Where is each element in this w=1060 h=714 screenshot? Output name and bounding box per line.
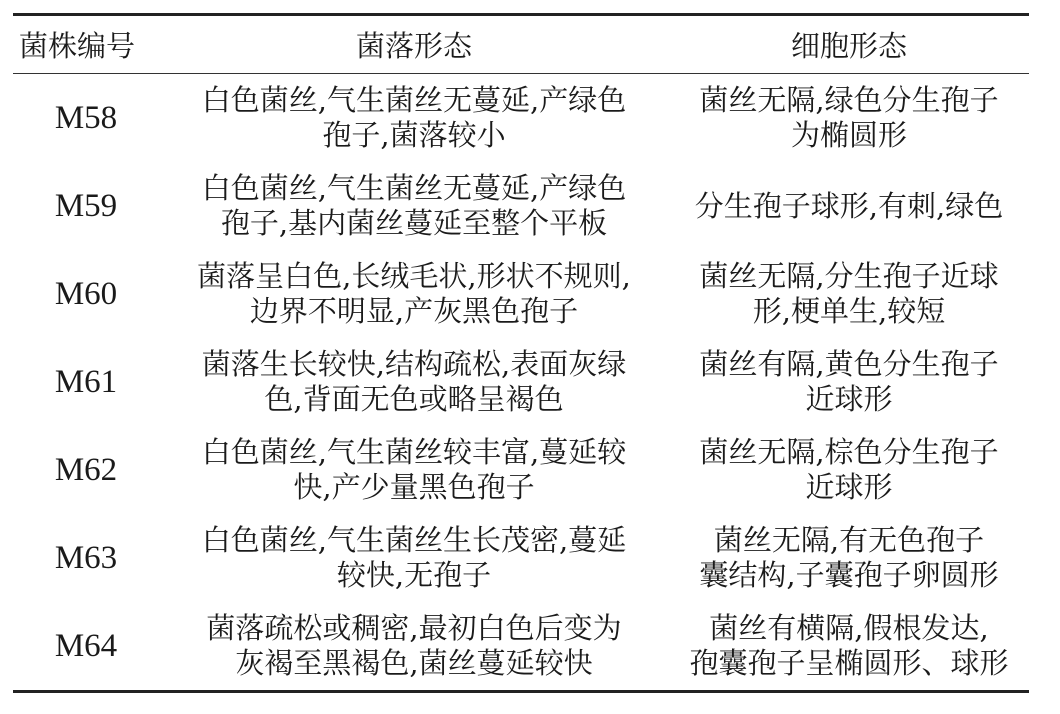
colony-morphology-cell: 菌落呈白色,长绒毛状,形状不规则, 边界不明显,产灰黑色孢子 — [159, 250, 669, 338]
table-row: M62 白色菌丝,气生菌丝较丰富,蔓延较 快,产少量黑色孢子 菌丝无隔,棕色分生… — [13, 426, 1029, 514]
text-line: 孢囊孢子呈椭圆形、球形 — [669, 646, 1029, 681]
text-line: 近球形 — [669, 382, 1029, 417]
cell-morphology-cell: 菌丝无隔,分生孢子近球 形,梗单生,较短 — [669, 250, 1029, 338]
colony-morphology-cell: 菌落生长较快,结构疏松,表面灰绿 色,背面无色或略呈褐色 — [159, 338, 669, 426]
table-row: M61 菌落生长较快,结构疏松,表面灰绿 色,背面无色或略呈褐色 菌丝有隔,黄色… — [13, 338, 1029, 426]
text-line: 孢子,基内菌丝蔓延至整个平板 — [159, 206, 669, 241]
table-row: M60 菌落呈白色,长绒毛状,形状不规则, 边界不明显,产灰黑色孢子 菌丝无隔,… — [13, 250, 1029, 338]
colony-morphology-cell: 白色菌丝,气生菌丝无蔓延,产绿色 孢子,菌落较小 — [159, 74, 669, 163]
cell-morphology-cell: 菌丝无隔,棕色分生孢子 近球形 — [669, 426, 1029, 514]
strain-id-cell: M58 — [13, 74, 159, 163]
text-line: 分生孢子球形,有刺,绿色 — [669, 189, 1029, 224]
table-header: 菌株编号 菌落形态 细胞形态 — [13, 15, 1029, 74]
text-line: 菌丝有横隔,假根发达, — [669, 611, 1029, 646]
strain-id-cell: M59 — [13, 162, 159, 250]
table-row: M64 菌落疏松或稠密,最初白色后变为 灰褐至黑褐色,菌丝蔓延较快 菌丝有横隔,… — [13, 602, 1029, 692]
table-body: M58 白色菌丝,气生菌丝无蔓延,产绿色 孢子,菌落较小 菌丝无隔,绿色分生孢子… — [13, 74, 1029, 692]
text-line: 白色菌丝,气生菌丝无蔓延,产绿色 — [159, 83, 669, 118]
text-line: 菌丝无隔,分生孢子近球 — [669, 259, 1029, 294]
text-line: 囊结构,子囊孢子卵圆形 — [669, 558, 1029, 593]
text-line: 近球形 — [669, 470, 1029, 505]
text-line: 菌丝无隔,有无色孢子 — [669, 523, 1029, 558]
text-line: 孢子,菌落较小 — [159, 118, 669, 153]
colony-morphology-cell: 菌落疏松或稠密,最初白色后变为 灰褐至黑褐色,菌丝蔓延较快 — [159, 602, 669, 692]
table-row: M63 白色菌丝,气生菌丝生长茂密,蔓延 较快,无孢子 菌丝无隔,有无色孢子 囊… — [13, 514, 1029, 602]
cell-morphology-cell: 菌丝无隔,绿色分生孢子 为椭圆形 — [669, 74, 1029, 163]
header-cell-morphology: 细胞形态 — [669, 15, 1029, 74]
text-line: 白色菌丝,气生菌丝生长茂密,蔓延 — [159, 523, 669, 558]
text-line: 为椭圆形 — [669, 118, 1029, 153]
colony-morphology-cell: 白色菌丝,气生菌丝较丰富,蔓延较 快,产少量黑色孢子 — [159, 426, 669, 514]
strain-morphology-table-container: 菌株编号 菌落形态 细胞形态 M58 白色菌丝,气生菌丝无蔓延,产绿色 孢子,菌… — [13, 13, 1023, 693]
header-row: 菌株编号 菌落形态 细胞形态 — [13, 15, 1029, 74]
cell-morphology-cell: 菌丝有隔,黄色分生孢子 近球形 — [669, 338, 1029, 426]
strain-morphology-table: 菌株编号 菌落形态 细胞形态 M58 白色菌丝,气生菌丝无蔓延,产绿色 孢子,菌… — [13, 13, 1029, 693]
text-line: 较快,无孢子 — [159, 558, 669, 593]
header-strain-id: 菌株编号 — [13, 15, 159, 74]
text-line: 菌丝有隔,黄色分生孢子 — [669, 347, 1029, 382]
strain-id-cell: M64 — [13, 602, 159, 692]
text-line: 菌丝无隔,棕色分生孢子 — [669, 435, 1029, 470]
strain-id-cell: M63 — [13, 514, 159, 602]
header-colony-morphology: 菌落形态 — [159, 15, 669, 74]
strain-id-cell: M60 — [13, 250, 159, 338]
colony-morphology-cell: 白色菌丝,气生菌丝无蔓延,产绿色 孢子,基内菌丝蔓延至整个平板 — [159, 162, 669, 250]
text-line: 白色菌丝,气生菌丝无蔓延,产绿色 — [159, 171, 669, 206]
cell-morphology-cell: 菌丝无隔,有无色孢子 囊结构,子囊孢子卵圆形 — [669, 514, 1029, 602]
text-line: 菌落生长较快,结构疏松,表面灰绿 — [159, 347, 669, 382]
text-line: 菌落疏松或稠密,最初白色后变为 — [159, 611, 669, 646]
text-line: 边界不明显,产灰黑色孢子 — [159, 294, 669, 329]
text-line: 灰褐至黑褐色,菌丝蔓延较快 — [159, 646, 669, 681]
table-row: M58 白色菌丝,气生菌丝无蔓延,产绿色 孢子,菌落较小 菌丝无隔,绿色分生孢子… — [13, 74, 1029, 163]
text-line: 色,背面无色或略呈褐色 — [159, 382, 669, 417]
text-line: 快,产少量黑色孢子 — [159, 470, 669, 505]
cell-morphology-cell: 分生孢子球形,有刺,绿色 — [669, 162, 1029, 250]
text-line: 菌落呈白色,长绒毛状,形状不规则, — [159, 259, 669, 294]
text-line: 白色菌丝,气生菌丝较丰富,蔓延较 — [159, 435, 669, 470]
cell-morphology-cell: 菌丝有横隔,假根发达, 孢囊孢子呈椭圆形、球形 — [669, 602, 1029, 692]
text-line: 形,梗单生,较短 — [669, 294, 1029, 329]
colony-morphology-cell: 白色菌丝,气生菌丝生长茂密,蔓延 较快,无孢子 — [159, 514, 669, 602]
table-row: M59 白色菌丝,气生菌丝无蔓延,产绿色 孢子,基内菌丝蔓延至整个平板 分生孢子… — [13, 162, 1029, 250]
text-line: 菌丝无隔,绿色分生孢子 — [669, 83, 1029, 118]
strain-id-cell: M62 — [13, 426, 159, 514]
strain-id-cell: M61 — [13, 338, 159, 426]
